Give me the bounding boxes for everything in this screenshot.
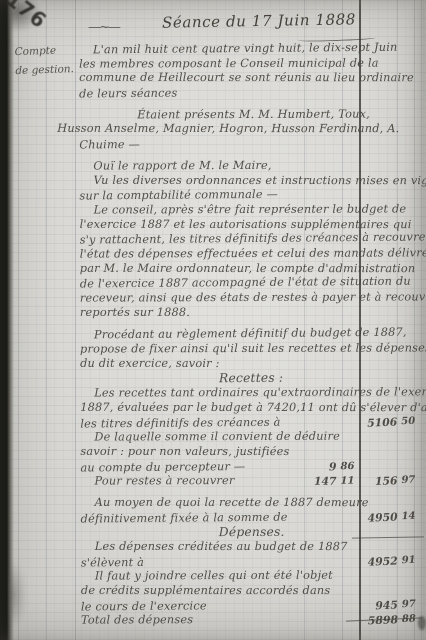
text-line-content: Total des dépenses (81, 614, 193, 627)
text-line-content: au compte du percepteur — (80, 460, 245, 474)
inner-amount: 14711 (306, 475, 356, 490)
text-line-content: Les recettes tant ordinaires qu'extraord… (80, 385, 426, 399)
text-line-content: s'élèvent à (81, 556, 144, 570)
margin-rule-line (18, 0, 19, 640)
text-line-content: sur la comptabilité communale — (79, 188, 278, 203)
text-line-content: le cours de l'exercice (81, 599, 207, 613)
text-line: Étaient présents M. M. Humbert, Toux, (79, 107, 421, 123)
text-line: de leurs séances (79, 85, 421, 103)
outer-amount-centimes: 14 (401, 509, 417, 524)
text-line: 1887, évaluées par le budget à 7420,11 o… (80, 401, 422, 416)
outer-amount-centimes: 88 (402, 613, 418, 628)
text-line: De laquelle somme il convient de déduire (80, 430, 422, 446)
text-line-content: Procédant au règlement définitif du budg… (80, 326, 407, 342)
outer-amount-centimes: 50 (401, 414, 417, 429)
text-line-content: Le conseil, après s'être fait représente… (80, 202, 407, 216)
text-line-content: les titres définitifs des créances à (80, 415, 280, 430)
text-line: Les dépenses créditées au budget de 1887 (81, 540, 423, 555)
text-line: Ouï le rapport de M. le Maire, (79, 158, 421, 174)
margin-annotation: Compte de gestion. (14, 41, 77, 81)
text-line: propose de fixer ainsi qu'il suit les re… (80, 341, 422, 357)
text-line: l'état des dépenses effectuées et celui … (80, 246, 422, 262)
text-line: Total des dépenses589888 (81, 613, 423, 629)
margin-rule-line (75, 0, 76, 640)
text-line-content: propose de fixer ainsi qu'il suit les re… (80, 341, 426, 355)
text-line-content: savoir : pour non valeurs, justifiées (80, 445, 289, 458)
text-line-content: 1887, évaluées par le budget à 7420,11 o… (80, 401, 426, 414)
text-line: Il faut y joindre celles qui ont été l'o… (81, 569, 423, 585)
book-binding-edge (0, 0, 14, 640)
text-line-content: receveur, ainsi que des états de restes … (80, 290, 426, 304)
text-line: les membres composant le Conseil municip… (79, 56, 421, 72)
text-line: savoir : pour non valeurs, justifiées (80, 445, 422, 460)
text-line-content: L'an mil huit cent quatre vingt huit, le… (79, 41, 398, 57)
text-line-content: Vu les diverses ordonnances et instructi… (79, 173, 426, 186)
outer-amount-centimes: 97 (402, 597, 418, 612)
heading-ornament: —~— (88, 20, 119, 35)
text-line-content: Ouï le rapport de M. le Maire, (79, 159, 271, 173)
text-line-content: l'exercice 1887 et les autorisations sup… (80, 217, 412, 230)
text-line: Les recettes tant ordinaires qu'extraord… (80, 386, 422, 402)
outer-amount: 495291 (362, 553, 418, 570)
text-line-content: de leurs séances (79, 87, 177, 101)
margin-annotation-line: Compte (14, 41, 77, 62)
text-line-content: l'état des dépenses effectuées et celui … (80, 246, 426, 260)
margin-rule-line (46, 0, 47, 640)
outer-amount: 15697 (361, 474, 417, 491)
text-line: Le conseil, après s'être fait représente… (80, 202, 422, 218)
text-line-content: Étaient présents M. M. Humbert, Toux, (79, 107, 370, 121)
outer-amount: 589888 (362, 613, 418, 630)
text-line-content: par M. le Maire ordonnateur, le compte d… (80, 261, 416, 274)
outer-amount-francs: 5898 (362, 614, 399, 630)
margin-annotation-line: de gestion. (15, 60, 78, 81)
outer-amount: 495014 (361, 509, 417, 526)
inner-amount-centimes: 86 (340, 460, 356, 475)
outer-amount: 510650 (361, 414, 417, 431)
text-line-content: commune de Heillecourt se sont réunis au… (79, 71, 414, 84)
text-line-content: de l'exercice 1887 accompagné de l'état … (80, 275, 411, 291)
inner-amount-francs: 147 (306, 475, 336, 490)
text-line-content: Dépenses. (219, 525, 285, 539)
text-line: de crédits supplémentaires accordés dans (81, 584, 423, 599)
text-line-content: Il faut y joindre celles qui ont été l'o… (81, 569, 333, 583)
text-line: Chuime — (79, 136, 421, 154)
text-line-content: du dit exercice, savoir : (80, 357, 219, 370)
text-line-content: Husson Anselme, Magnier, Hogron, Husson … (57, 122, 399, 135)
text-line: Au moyen de quoi la recette de 1887 deme… (81, 496, 423, 511)
text-line: Pour restes à recouvrer1471115697 (80, 474, 422, 490)
inner-amount-centimes: 11 (340, 475, 356, 490)
text-line-content: de crédits supplémentaires accordés dans (81, 584, 331, 597)
session-heading: —~— Séance du 17 Juin 1888 (80, 12, 420, 42)
session-title: Séance du 17 Juin 1888 (162, 10, 356, 31)
text-line-content: Au moyen de quoi la recette de 1887 deme… (81, 496, 369, 509)
manuscript-page: 176 Compte de gestion. —~— Séance du 17 … (0, 0, 426, 640)
text-line-content: les membres composant le Conseil municip… (79, 56, 379, 70)
outer-amount-francs: 156 (361, 474, 398, 490)
text-line-content: Chuime — (79, 138, 140, 152)
inner-amount-francs: 9 (306, 460, 336, 475)
text-line-content: Pour restes à recouvrer (80, 474, 234, 488)
text-line-content: Les dépenses créditées au budget de 1887 (81, 540, 348, 553)
text-line-content: reportés sur 1888. (80, 306, 190, 319)
outer-amount-centimes: 91 (401, 553, 417, 568)
scan-edge-mark (418, 616, 426, 630)
text-line-content: s'y rattachent, les titres définitifs de… (80, 231, 426, 247)
inner-amount: 986 (306, 460, 356, 475)
text-line-content: Recettes : (219, 371, 283, 386)
outer-amount-centimes: 97 (401, 474, 417, 489)
text-line: receveur, ainsi que des états de restes … (80, 290, 422, 306)
manuscript-body: L'an mil huit cent quatre vingt huit, le… (79, 41, 423, 628)
text-line: reportés sur 1888. (80, 306, 422, 321)
text-line-content: De laquelle somme il convient de déduire (80, 430, 340, 444)
text-line-content: définitivement fixée à la somme de (81, 510, 288, 525)
